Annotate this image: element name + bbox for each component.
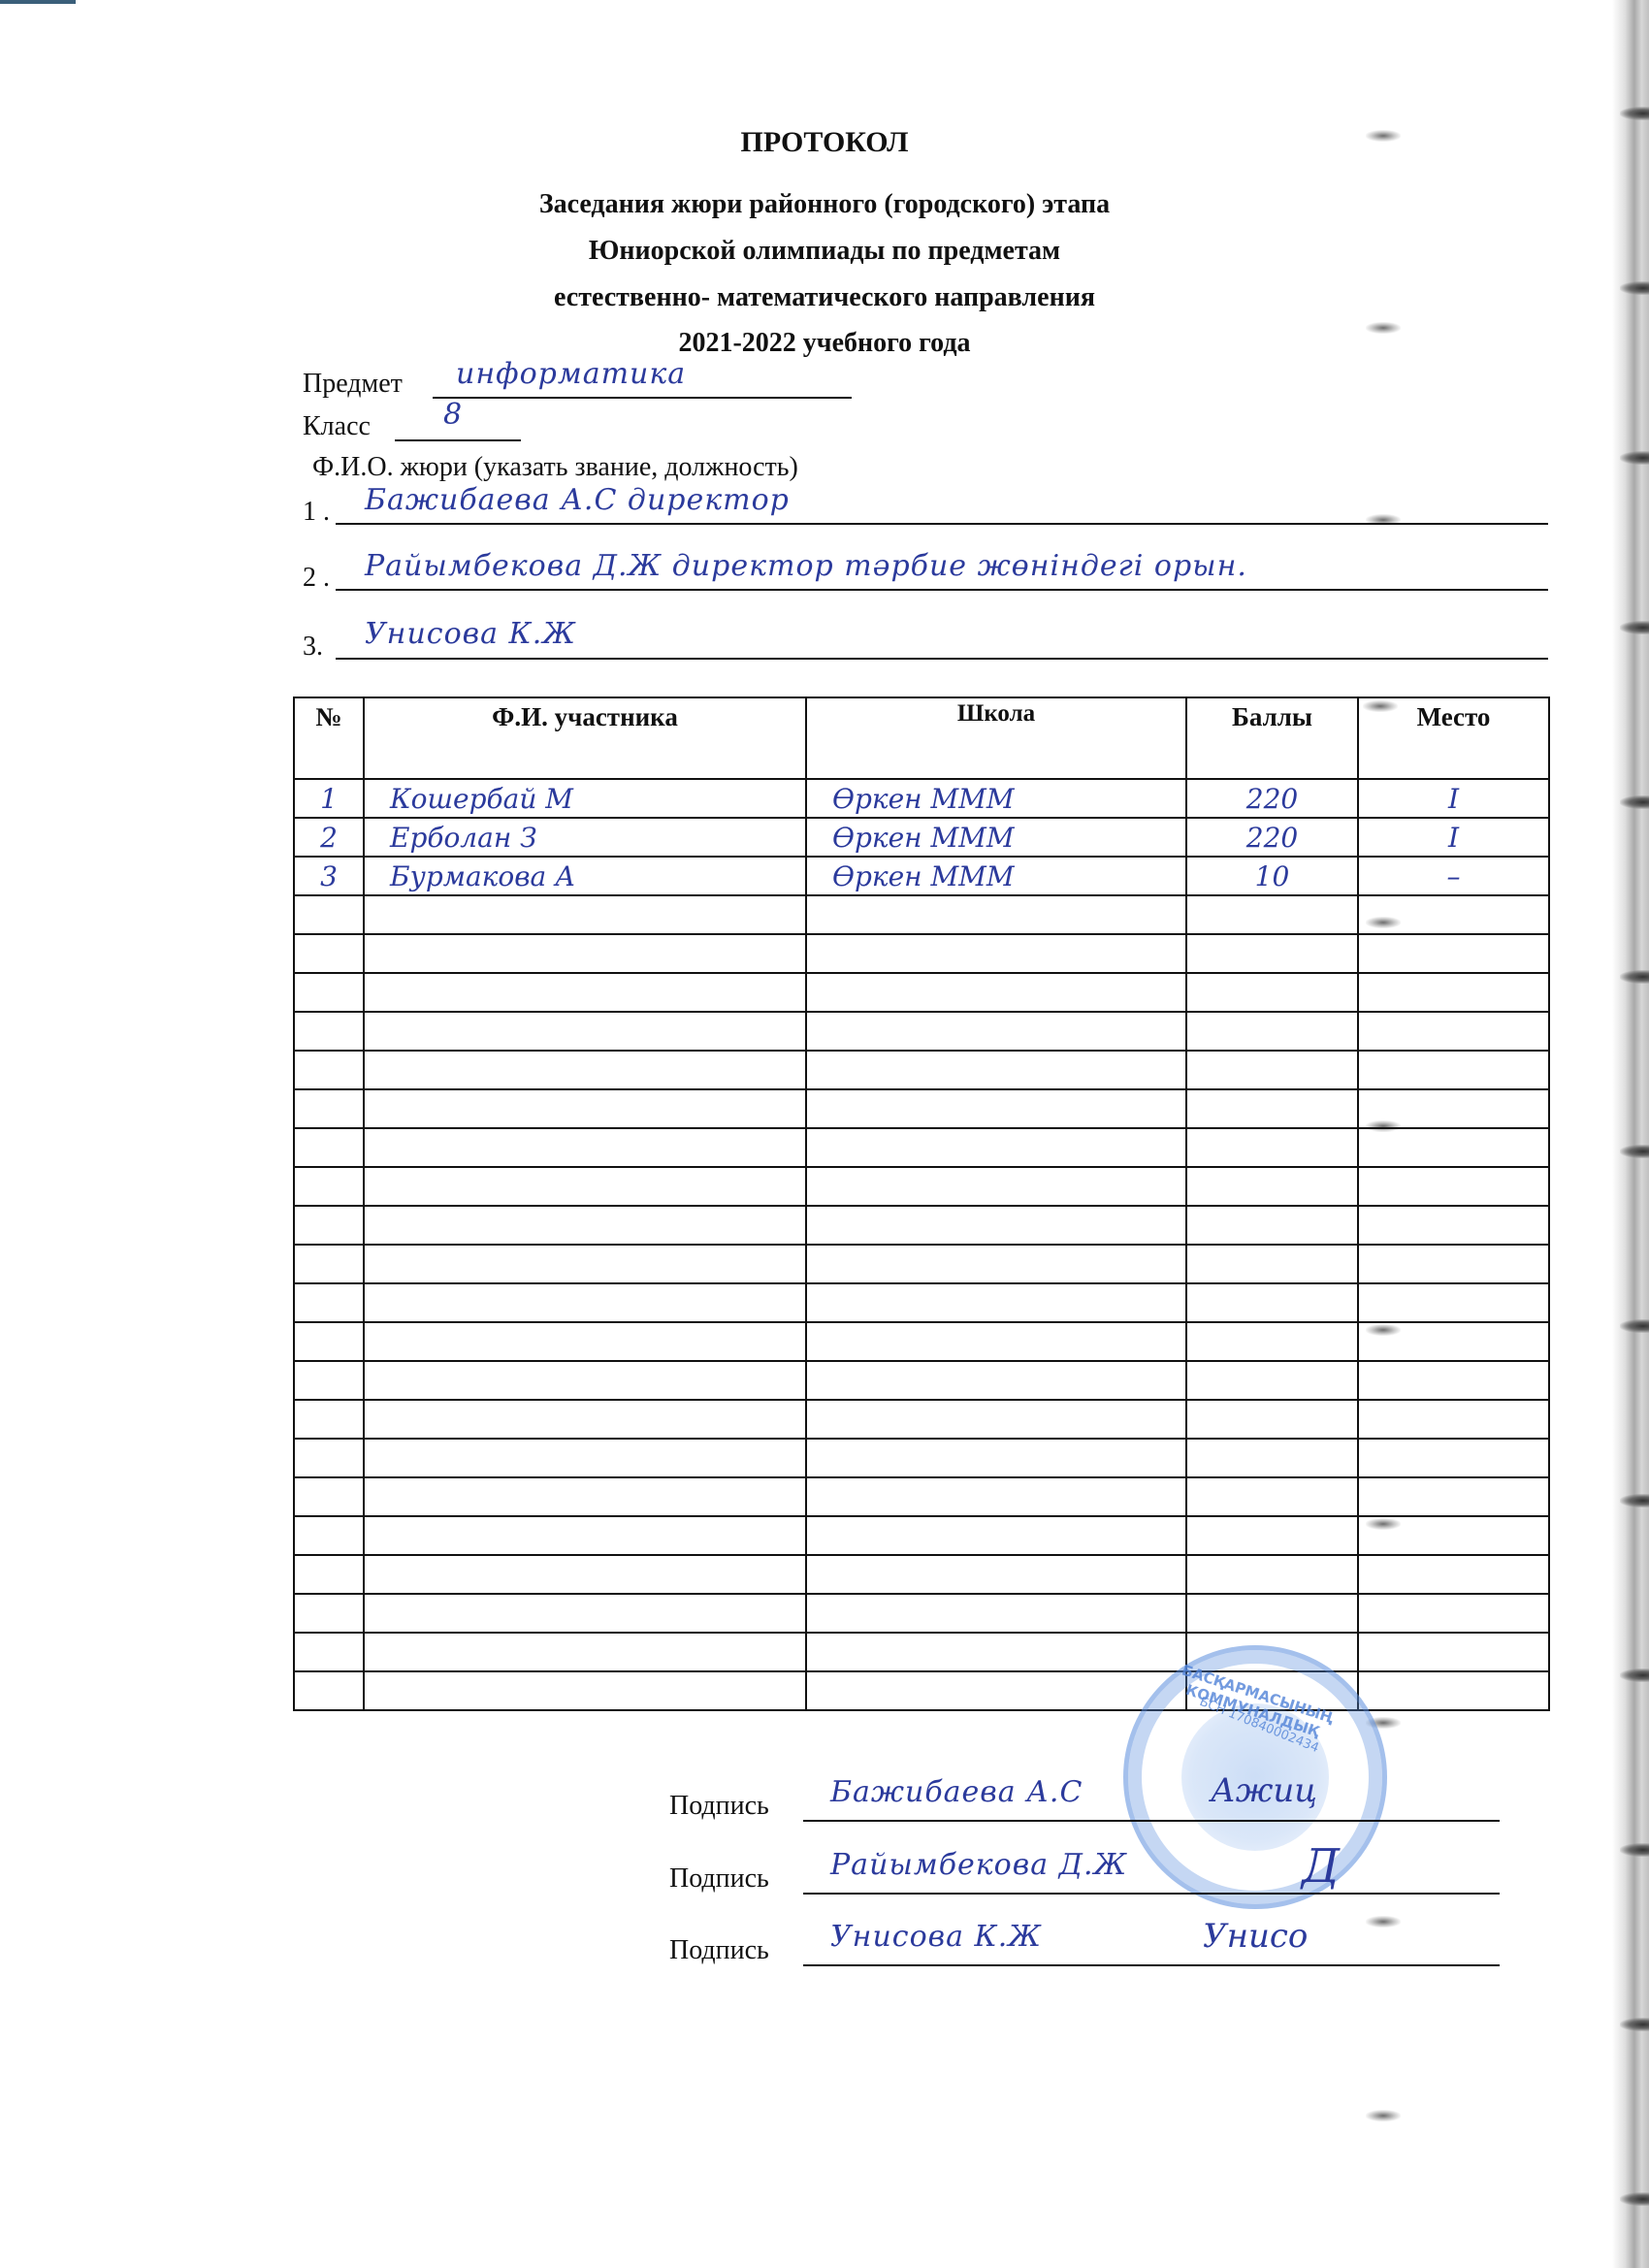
participant-name-cell[interactable] [364, 1051, 806, 1089]
place: I [1448, 783, 1459, 815]
school-name-cell[interactable] [806, 1089, 1186, 1128]
class-underline [395, 439, 521, 441]
school-name-cell[interactable]: Өркен МММ [806, 857, 1186, 895]
row-number-cell[interactable]: 1 [294, 779, 364, 818]
participant-name-cell[interactable]: Кошербай М [364, 779, 806, 818]
jury-label: Ф.И.О. жюри (указать звание, должность) [312, 452, 798, 483]
scan-edge-mark [1620, 1669, 1649, 1682]
table-row-empty [294, 1555, 1549, 1594]
signature-mark-3: Унисо [1203, 1917, 1308, 1956]
scan-edge-mark [1620, 795, 1649, 809]
school-name-cell[interactable] [806, 1206, 1186, 1245]
jury-value-2[interactable]: Райымбекова Д.Ж директор тәрбие жөніндег… [365, 549, 1247, 583]
participant-name-cell[interactable] [364, 1516, 806, 1555]
participant-name-cell[interactable] [364, 1128, 806, 1167]
table-row-empty [294, 1361, 1549, 1400]
place-cell[interactable]: I [1358, 779, 1549, 818]
scan-edge-mark [1620, 1494, 1649, 1507]
signature-label-3: Подпись [669, 1935, 769, 1966]
scan-edge-mark [1620, 1319, 1649, 1333]
table-row-empty [294, 1477, 1549, 1516]
table-row-empty [294, 1594, 1549, 1633]
signature-line-3 [803, 1964, 1500, 1966]
row-number-cell[interactable] [294, 1283, 364, 1322]
school-name: Өркен МММ [832, 860, 1015, 892]
participant-name-cell[interactable] [364, 1245, 806, 1283]
scan-edge-mark [1620, 451, 1649, 465]
place-cell[interactable] [1358, 1516, 1549, 1555]
row-number-cell[interactable] [294, 1245, 364, 1283]
scan-edge-mark [1620, 621, 1649, 634]
header-place: Место [1358, 697, 1549, 779]
school-name: Өркен МММ [832, 822, 1015, 854]
school-name-cell[interactable] [806, 1633, 1186, 1671]
row-number-cell[interactable] [294, 1361, 364, 1400]
score-cell[interactable] [1186, 1477, 1358, 1516]
score-cell[interactable] [1186, 934, 1358, 973]
place-cell[interactable] [1358, 1128, 1549, 1167]
score-cell[interactable]: 220 [1186, 779, 1358, 818]
school-name-cell[interactable] [806, 1245, 1186, 1283]
school-name-cell[interactable] [806, 1128, 1186, 1167]
scan-smudge [1366, 1916, 1401, 1928]
jury-value-1[interactable]: Бажибаева А.С директор [365, 483, 790, 517]
row-number-cell[interactable] [294, 1167, 364, 1206]
row-number-cell[interactable]: 2 [294, 818, 364, 857]
row-number-cell[interactable] [294, 1012, 364, 1051]
place-cell[interactable] [1358, 1555, 1549, 1594]
score-cell[interactable] [1186, 895, 1358, 934]
signature-line-1 [803, 1820, 1500, 1822]
participant-name-cell[interactable] [364, 1671, 806, 1710]
row-number-cell[interactable] [294, 1516, 364, 1555]
score-cell[interactable] [1186, 973, 1358, 1012]
row-number-cell[interactable] [294, 1633, 364, 1671]
place-cell[interactable]: I [1358, 818, 1549, 857]
place-cell[interactable] [1358, 895, 1549, 934]
table-row-empty [294, 1051, 1549, 1089]
place-cell[interactable]: – [1358, 857, 1549, 895]
score-cell[interactable] [1186, 1594, 1358, 1633]
row-number-cell[interactable] [294, 1400, 364, 1439]
table-row: 1Кошербай МӨркен МММ220I [294, 779, 1549, 818]
signature-label-1: Подпись [669, 1791, 769, 1822]
participant-name-cell[interactable] [364, 1206, 806, 1245]
score-cell[interactable] [1186, 1516, 1358, 1555]
table-row-empty [294, 1167, 1549, 1206]
scan-smudge [1366, 2110, 1401, 2122]
row-number-cell[interactable] [294, 895, 364, 934]
participant-name-cell[interactable] [364, 1400, 806, 1439]
signature-line-2 [803, 1893, 1500, 1895]
place-cell[interactable] [1358, 1477, 1549, 1516]
school-name-cell[interactable] [806, 1051, 1186, 1089]
header-participant: Ф.И. участника [364, 697, 806, 779]
school-name-cell[interactable] [806, 973, 1186, 1012]
school-name-cell[interactable] [806, 1012, 1186, 1051]
school-name-cell[interactable] [806, 1555, 1186, 1594]
subject-underline [433, 397, 852, 399]
score-cell[interactable] [1186, 1322, 1358, 1361]
place-cell[interactable] [1358, 1245, 1549, 1283]
row-number-cell[interactable] [294, 1322, 364, 1361]
school-name-cell[interactable] [806, 1516, 1186, 1555]
place-cell[interactable] [1358, 1322, 1549, 1361]
score-cell[interactable] [1186, 1245, 1358, 1283]
row-number-cell[interactable] [294, 934, 364, 973]
table-row-empty [294, 1012, 1549, 1051]
scan-edge-mark [1620, 107, 1649, 120]
place-cell[interactable] [1358, 1633, 1549, 1671]
table-row-empty [294, 1089, 1549, 1128]
signature-name-2[interactable]: Райымбекова Д.Ж [830, 1848, 1127, 1882]
participant-name-cell[interactable] [364, 973, 806, 1012]
header-school: Школа [806, 697, 1186, 779]
place-cell[interactable] [1358, 1283, 1549, 1322]
row-number-cell[interactable] [294, 1128, 364, 1167]
jury-number-2: 2 . [303, 563, 330, 594]
score-cell[interactable] [1186, 1012, 1358, 1051]
results-table: № Ф.И. участника Школа Баллы Место 1Коше… [293, 697, 1550, 1711]
table-row-empty [294, 1245, 1549, 1283]
school-name-cell[interactable] [806, 1167, 1186, 1206]
school-name-cell[interactable]: Өркен МММ [806, 818, 1186, 857]
participant-name-cell[interactable] [364, 1477, 806, 1516]
subtitle-line-1: Заседания жюри районного (городского) эт… [0, 189, 1649, 220]
row-number: 1 [320, 783, 338, 815]
scan-edge-mark [1620, 1145, 1649, 1158]
place-cell[interactable] [1358, 973, 1549, 1012]
place-cell[interactable] [1358, 1089, 1549, 1128]
table-row-empty [294, 1283, 1549, 1322]
participant-name-cell[interactable]: Бурмакова А [364, 857, 806, 895]
place-cell[interactable] [1358, 1012, 1549, 1051]
score-cell[interactable]: 10 [1186, 857, 1358, 895]
jury-line-3 [336, 658, 1548, 660]
subtitle-line-3: естественно- математического направления [0, 282, 1649, 313]
table-row-empty [294, 1322, 1549, 1361]
participant-name-cell[interactable] [364, 1555, 806, 1594]
jury-line-2 [336, 589, 1548, 591]
school-name-cell[interactable] [806, 934, 1186, 973]
place: I [1448, 822, 1459, 854]
row-number-cell[interactable] [294, 1439, 364, 1477]
table-row-empty [294, 1633, 1549, 1671]
row-number-cell[interactable]: 3 [294, 857, 364, 895]
table-row-empty [294, 1439, 1549, 1477]
score-cell[interactable]: 220 [1186, 818, 1358, 857]
subject-value[interactable]: информатика [456, 357, 686, 391]
jury-number-1: 1 . [303, 497, 330, 528]
participant-name-cell[interactable] [364, 1633, 806, 1671]
school-name: Өркен МММ [832, 783, 1015, 815]
school-name-cell[interactable] [806, 1400, 1186, 1439]
participant-name-cell[interactable]: Ерболан З [364, 818, 806, 857]
place: – [1447, 860, 1461, 892]
participant-name: Бурмакова А [390, 860, 575, 892]
score: 220 [1246, 783, 1298, 815]
scan-edge-mark [1620, 970, 1649, 984]
score-cell[interactable] [1186, 1283, 1358, 1322]
school-name-cell[interactable] [806, 1477, 1186, 1516]
school-name-cell[interactable] [806, 1671, 1186, 1710]
row-number-cell[interactable] [294, 1671, 364, 1710]
signature-mark-1: Ажиц [1211, 1771, 1317, 1810]
place-cell[interactable] [1358, 1361, 1549, 1400]
score-cell[interactable] [1186, 1361, 1358, 1400]
school-name-cell[interactable]: Өркен МММ [806, 779, 1186, 818]
row-number-cell[interactable] [294, 1051, 364, 1089]
signature-mark-2: Д [1302, 1839, 1340, 1894]
table-row-empty [294, 895, 1549, 934]
place-cell[interactable] [1358, 1594, 1549, 1633]
school-name-cell[interactable] [806, 1439, 1186, 1477]
score-cell[interactable] [1186, 1400, 1358, 1439]
place-cell[interactable] [1358, 1400, 1549, 1439]
score-cell[interactable] [1186, 1128, 1358, 1167]
subtitle-line-4: 2021-2022 учебного года [0, 328, 1649, 359]
signature-label-2: Подпись [669, 1863, 769, 1895]
subtitle-line-2: Юниорской олимпиады по предметам [0, 236, 1649, 267]
participant-name-cell[interactable] [364, 1167, 806, 1206]
score: 220 [1246, 822, 1298, 854]
document-title: ПРОТОКОЛ [0, 126, 1649, 159]
table-row-empty [294, 973, 1549, 1012]
participant-name: Кошербай М [390, 783, 573, 815]
jury-number-3: 3. [303, 632, 323, 663]
table-row-empty [294, 1400, 1549, 1439]
participant-name-cell[interactable] [364, 1361, 806, 1400]
school-name-cell[interactable] [806, 1361, 1186, 1400]
row-number-cell[interactable] [294, 1594, 364, 1633]
row-number-cell[interactable] [294, 1555, 364, 1594]
place-cell[interactable] [1358, 1439, 1549, 1477]
signature-name-1[interactable]: Бажибаева А.С [830, 1775, 1083, 1809]
jury-line-1 [336, 523, 1548, 525]
participant-name-cell[interactable] [364, 1439, 806, 1477]
participant-name-cell[interactable] [364, 934, 806, 973]
place-cell[interactable] [1358, 1206, 1549, 1245]
school-name-cell[interactable] [806, 1283, 1186, 1322]
row-number-cell[interactable] [294, 1477, 364, 1516]
table-row-empty [294, 1128, 1549, 1167]
header-number: № [294, 697, 364, 779]
row-number-cell[interactable] [294, 973, 364, 1012]
score-cell[interactable] [1186, 1167, 1358, 1206]
header-score: Баллы [1186, 697, 1358, 779]
scan-edge-mark [1620, 2192, 1649, 2206]
participant-name-cell[interactable] [364, 1089, 806, 1128]
score-cell[interactable] [1186, 1089, 1358, 1128]
row-number: 2 [320, 822, 338, 854]
score-cell[interactable] [1186, 1051, 1358, 1089]
place-cell[interactable] [1358, 1051, 1549, 1089]
class-label: Класс [303, 411, 371, 442]
school-name-cell[interactable] [806, 1594, 1186, 1633]
scan-edge-mark [1620, 1843, 1649, 1857]
score-cell[interactable] [1186, 1206, 1358, 1245]
school-name-cell[interactable] [806, 895, 1186, 934]
score: 10 [1255, 860, 1290, 892]
subject-label: Предмет [303, 369, 403, 400]
score-cell[interactable] [1186, 1555, 1358, 1594]
row-number-cell[interactable] [294, 1089, 364, 1128]
participant-name-cell[interactable] [364, 1322, 806, 1361]
place-cell[interactable] [1358, 1167, 1549, 1206]
table-row-empty [294, 1516, 1549, 1555]
table-row: 2Ерболан ЗӨркен МММ220I [294, 818, 1549, 857]
table-row: 3Бурмакова АӨркен МММ10– [294, 857, 1549, 895]
participant-name: Ерболан З [390, 822, 537, 854]
participant-name-cell[interactable] [364, 1283, 806, 1322]
participant-name-cell[interactable] [364, 895, 806, 934]
table-row-empty [294, 1206, 1549, 1245]
participant-name-cell[interactable] [364, 1594, 806, 1633]
place-cell[interactable] [1358, 934, 1549, 973]
table-header-row: № Ф.И. участника Школа Баллы Место [294, 697, 1549, 779]
school-name-cell[interactable] [806, 1322, 1186, 1361]
score-cell[interactable] [1186, 1439, 1358, 1477]
row-number-cell[interactable] [294, 1206, 364, 1245]
place-cell[interactable] [1358, 1671, 1549, 1710]
scan-artifact-strip [0, 0, 76, 4]
scan-edge-mark [1620, 2018, 1649, 2031]
signature-name-3[interactable]: Унисова К.Ж [830, 1920, 1042, 1954]
jury-value-3[interactable]: Унисова К.Ж [365, 617, 576, 651]
table-row-empty [294, 934, 1549, 973]
class-value[interactable]: 8 [443, 398, 463, 432]
participant-name-cell[interactable] [364, 1012, 806, 1051]
row-number: 3 [320, 860, 338, 892]
